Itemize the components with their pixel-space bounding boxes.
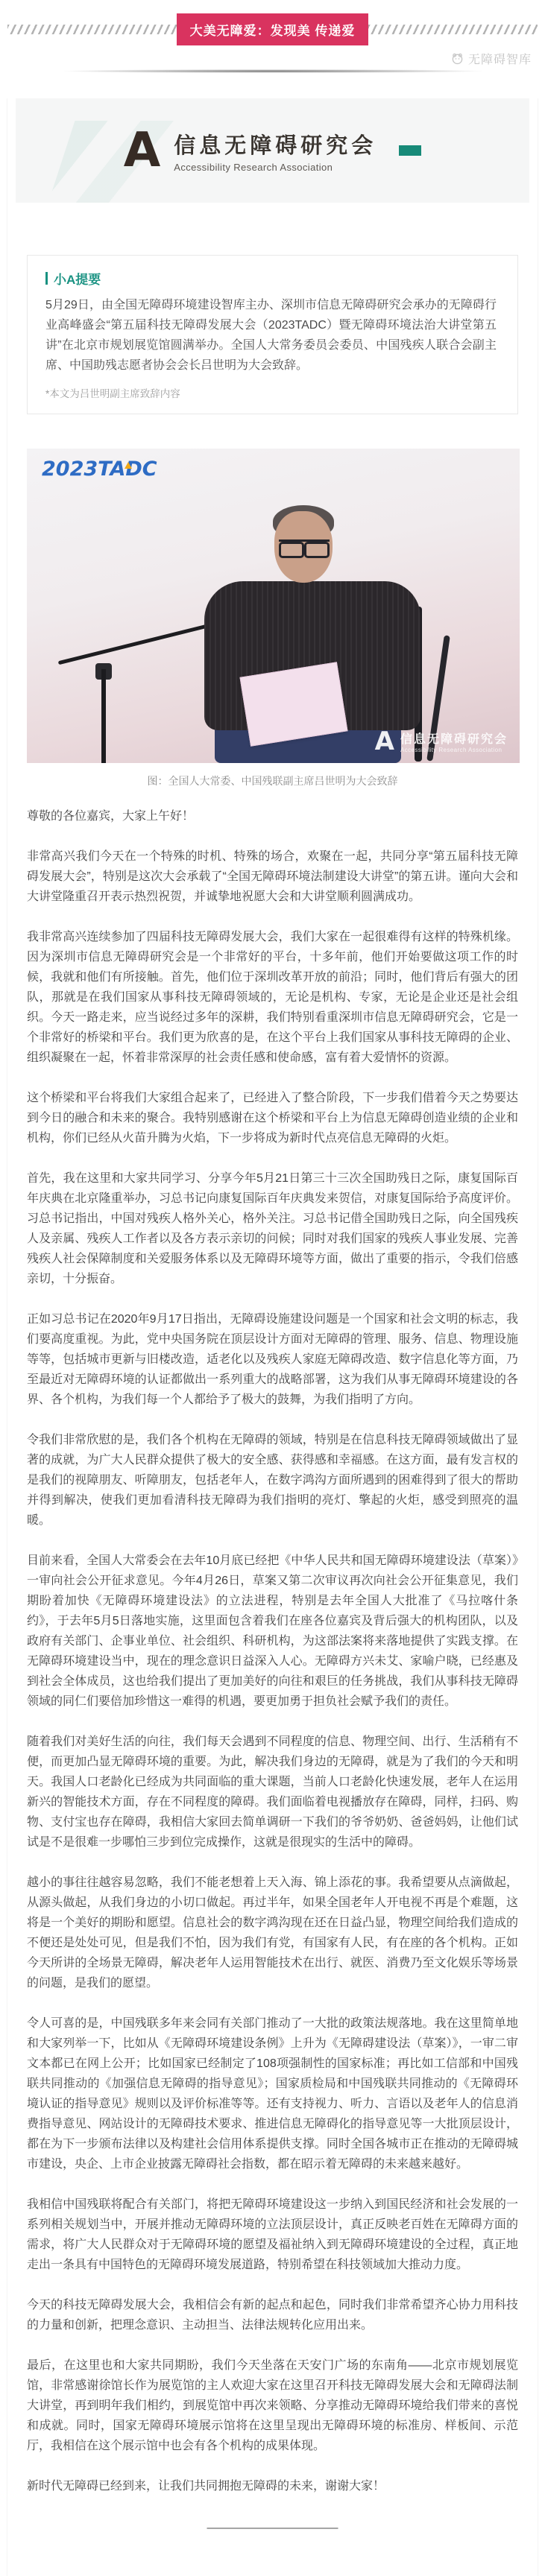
paragraph: 随着我们对美好生活的向往，我们每天会遇到不同程度的信息、物理空间、出行、生活稍有… xyxy=(27,1732,518,1852)
photo-watermark-en: Accessibility Research Association xyxy=(400,747,508,753)
paragraph: 非常高兴我们今天在一个特殊的时机、特殊的场合，欢聚在一起，共同分享“第五届科技无… xyxy=(27,846,518,907)
summary-note: *本文为吕世明副主席致辞内容 xyxy=(45,385,497,400)
paragraph: 这个桥梁和平台将我们大家组合起来了，已经进入了整合阶段，下一步我们借着今天之势要… xyxy=(27,1088,518,1148)
paragraph: 最后，在这里也和大家共同期盼，我们今天坐落在天安门广场的东南角——北京市规划展览… xyxy=(27,2355,518,2456)
summary-title: 小A提要 xyxy=(54,269,101,288)
org-names: 信息无障碍研究会 Accessibility Research Associat… xyxy=(174,129,377,173)
article-body: 尊敬的各位嘉宾，大家上午好！ 非常高兴我们今天在一个特殊的时机、特殊的场合，欢聚… xyxy=(27,806,518,2535)
article-card: A 信息无障碍研究会 Accessibility Research Associ… xyxy=(7,98,538,2576)
top-banner: 大美无障爱：发现美 传递爱 xyxy=(7,13,538,45)
paragraph: 令我们非常欣慰的是，我们各个机构在无障碍的领域，特别是在信息科技无障碍领域做出了… xyxy=(27,1430,518,1531)
thinktank-logo-icon xyxy=(451,52,464,65)
paragraph: 新时代无障碍已经到来，让我们共同拥抱无障碍的未来，谢谢大家！ xyxy=(27,2476,518,2496)
speaker-glasses xyxy=(279,539,330,555)
paragraph: 越小的事往往越容易忽略，我们不能老想着上天入海、锦上添花的事。我希望要从点滴做起… xyxy=(27,1873,518,1993)
paragraph: 令人可喜的是，中国残联多年来会同有关部门推动了一大批的政策法规落地。我在这里简单… xyxy=(27,2013,518,2174)
banner-title: 大美无障爱：发现美 传递爱 xyxy=(177,13,369,45)
paragraph: 尊敬的各位嘉宾，大家上午好！ xyxy=(27,806,518,826)
paragraph: 正如习总书记在2020年9月17日指出，无障碍设施建设问题是一个国家和社会文明的… xyxy=(27,1309,518,1410)
paragraph: 首先，我在这里和大家共同学习、分享今年5月21日第三十三次全国助残日之际，康复国… xyxy=(27,1168,518,1289)
photo-caption: 图：全国人大常委、中国残联副主席吕世明为大会致辞 xyxy=(7,773,538,788)
org-header: A 信息无障碍研究会 Accessibility Research Associ… xyxy=(16,98,529,203)
card-top-shadow xyxy=(64,69,482,73)
summary-title-row: 小A提要 xyxy=(45,269,497,288)
summary-text: 5月29日，由全国无障碍环境建设智库主办、深圳市信息无障碍研究会承办的无障碍行业… xyxy=(45,295,497,376)
end-divider: ——————————— xyxy=(27,2522,518,2535)
org-name-en: Accessibility Research Association xyxy=(174,162,377,173)
hatch-stripes-right xyxy=(368,25,538,34)
microphone-stand xyxy=(101,669,106,763)
hatch-stripes-left xyxy=(7,25,177,34)
org-name-cn: 信息无障碍研究会 xyxy=(174,129,377,159)
photo-watermark-a-icon: A xyxy=(375,729,394,754)
tadc-badge: 2023TADC xyxy=(42,458,157,481)
summary-box: 小A提要 5月29日，由全国无障碍环境建设智库主办、深圳市信息无障碍研究会承办的… xyxy=(27,255,518,414)
photo-watermark: A 信息无障碍研究会 Accessibility Research Associ… xyxy=(375,729,508,754)
paragraph: 我相信中国残联将配合有关部门，将把无障碍环境建设这一步纳入到国民经济和社会发展的… xyxy=(27,2194,518,2275)
paragraph: 我非常高兴连续参加了四届科技无障碍发展大会，我们大家在一起很难得有这样的特殊机缘… xyxy=(27,927,518,1068)
org-logo-a-mark: A xyxy=(124,127,161,174)
speech-photo: 2023TADC A 信息无障碍研究会 Accessibility Resear… xyxy=(27,449,520,763)
paragraph: 目前来看，全国人大常委会在去年10月底已经把《中华人民共和国无障碍环境建设法（草… xyxy=(27,1551,518,1712)
photo-watermark-cn: 信息无障碍研究会 xyxy=(400,730,508,747)
paragraph: 今天的科技无障碍发展大会，我相信会有新的起点和起色，同时我们非常希望齐心协力用科… xyxy=(27,2295,518,2335)
org-teal-rect xyxy=(399,145,421,156)
thinktank-watermark-label: 无障碍智库 xyxy=(468,50,532,67)
summary-accent-bar xyxy=(45,272,48,285)
thinktank-watermark: 无障碍智库 xyxy=(0,50,532,66)
